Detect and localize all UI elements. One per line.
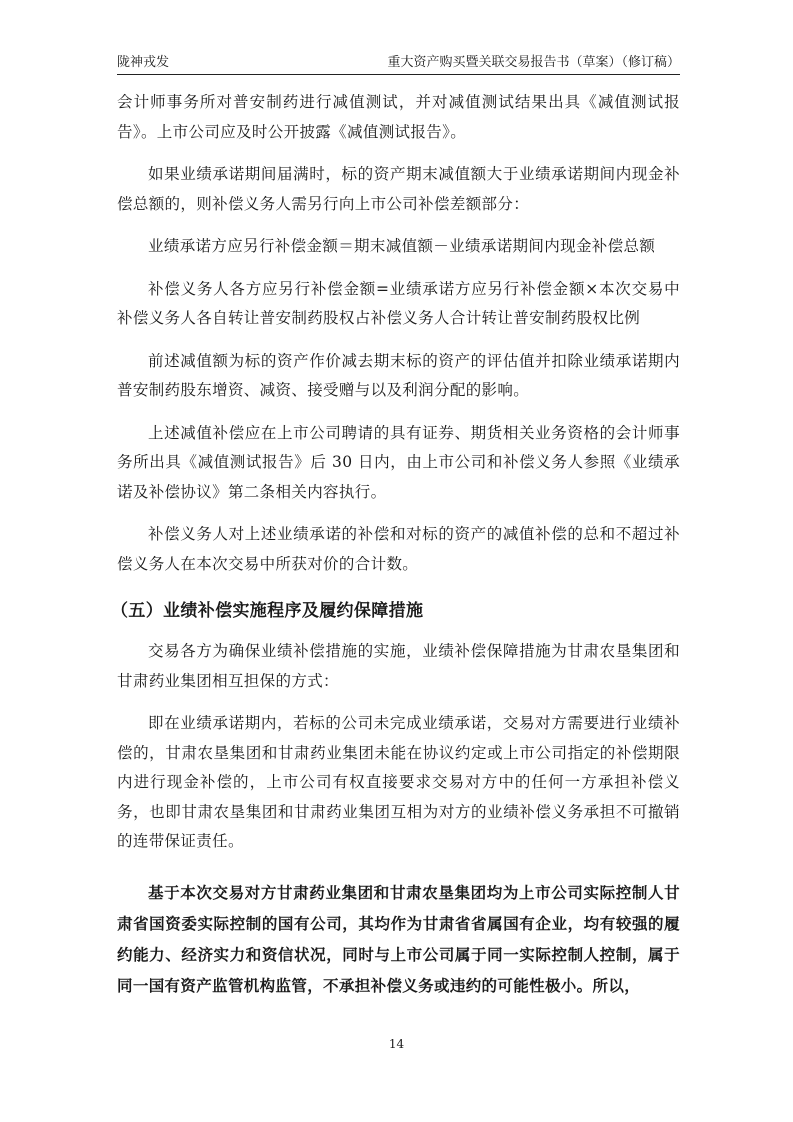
page-header: 陇神戎发 重大资产购买暨关联交易报告书（草案）（修订稿） [117, 52, 680, 75]
document-body: 会计师事务所对普安制药进行减值测试，并对减值测试结果出具《减值测试报告》。上市公… [117, 88, 680, 1014]
paragraph-guarantee-detail: 即在业绩承诺期内，若标的公司未完成业绩承诺，交易对方需要进行业绩补偿的，甘肃农垦… [117, 709, 680, 857]
section-title: （五）业绩补偿实施程序及履约保障措施 [111, 597, 680, 625]
paragraph-impairment-execution: 上述减值补偿应在上市公司聘请的具有证券、期货相关业务资格的会计师事务所出具《减值… [117, 419, 680, 508]
formula-additional-compensation: 业绩承诺方应另行补偿金额＝期末减值额－业绩承诺期间内现金补偿总额 [117, 232, 680, 262]
formula-party-compensation: 补偿义务人各方应另行补偿金额=业绩承诺方应另行补偿金额×本次交易中补偿义务人各自… [117, 275, 680, 334]
paragraph-guarantee-method: 交易各方为确保业绩补偿措施的实施，业绩补偿保障措施为甘肃农垦集团和甘肃药业集团相… [117, 637, 680, 696]
page-number: 14 [0, 1037, 793, 1051]
header-company-name: 陇神戎发 [117, 54, 169, 72]
paragraph-impairment-definition: 前述减值额为标的资产作价减去期末标的资产的评估值并扣除业绩承诺期内普安制药股东增… [117, 347, 680, 406]
paragraph-guarantee-rationale: 基于本次交易对方甘肃药业集团和甘肃农垦集团均为上市公司实际控制人甘肃省国资委实际… [117, 877, 680, 1001]
paragraph-impairment-test: 会计师事务所对普安制药进行减值测试，并对减值测试结果出具《减值测试报告》。上市公… [117, 88, 680, 147]
header-document-title: 重大资产购买暨关联交易报告书（草案）（修订稿） [387, 54, 680, 72]
paragraph-impairment-excess: 如果业绩承诺期间届满时，标的资产期末减值额大于业绩承诺期间内现金补偿总额的，则补… [117, 160, 680, 219]
paragraph-compensation-cap: 补偿义务人对上述业绩承诺的补偿和对标的资产的减值补偿的总和不超过补偿义务人在本次… [117, 520, 680, 579]
